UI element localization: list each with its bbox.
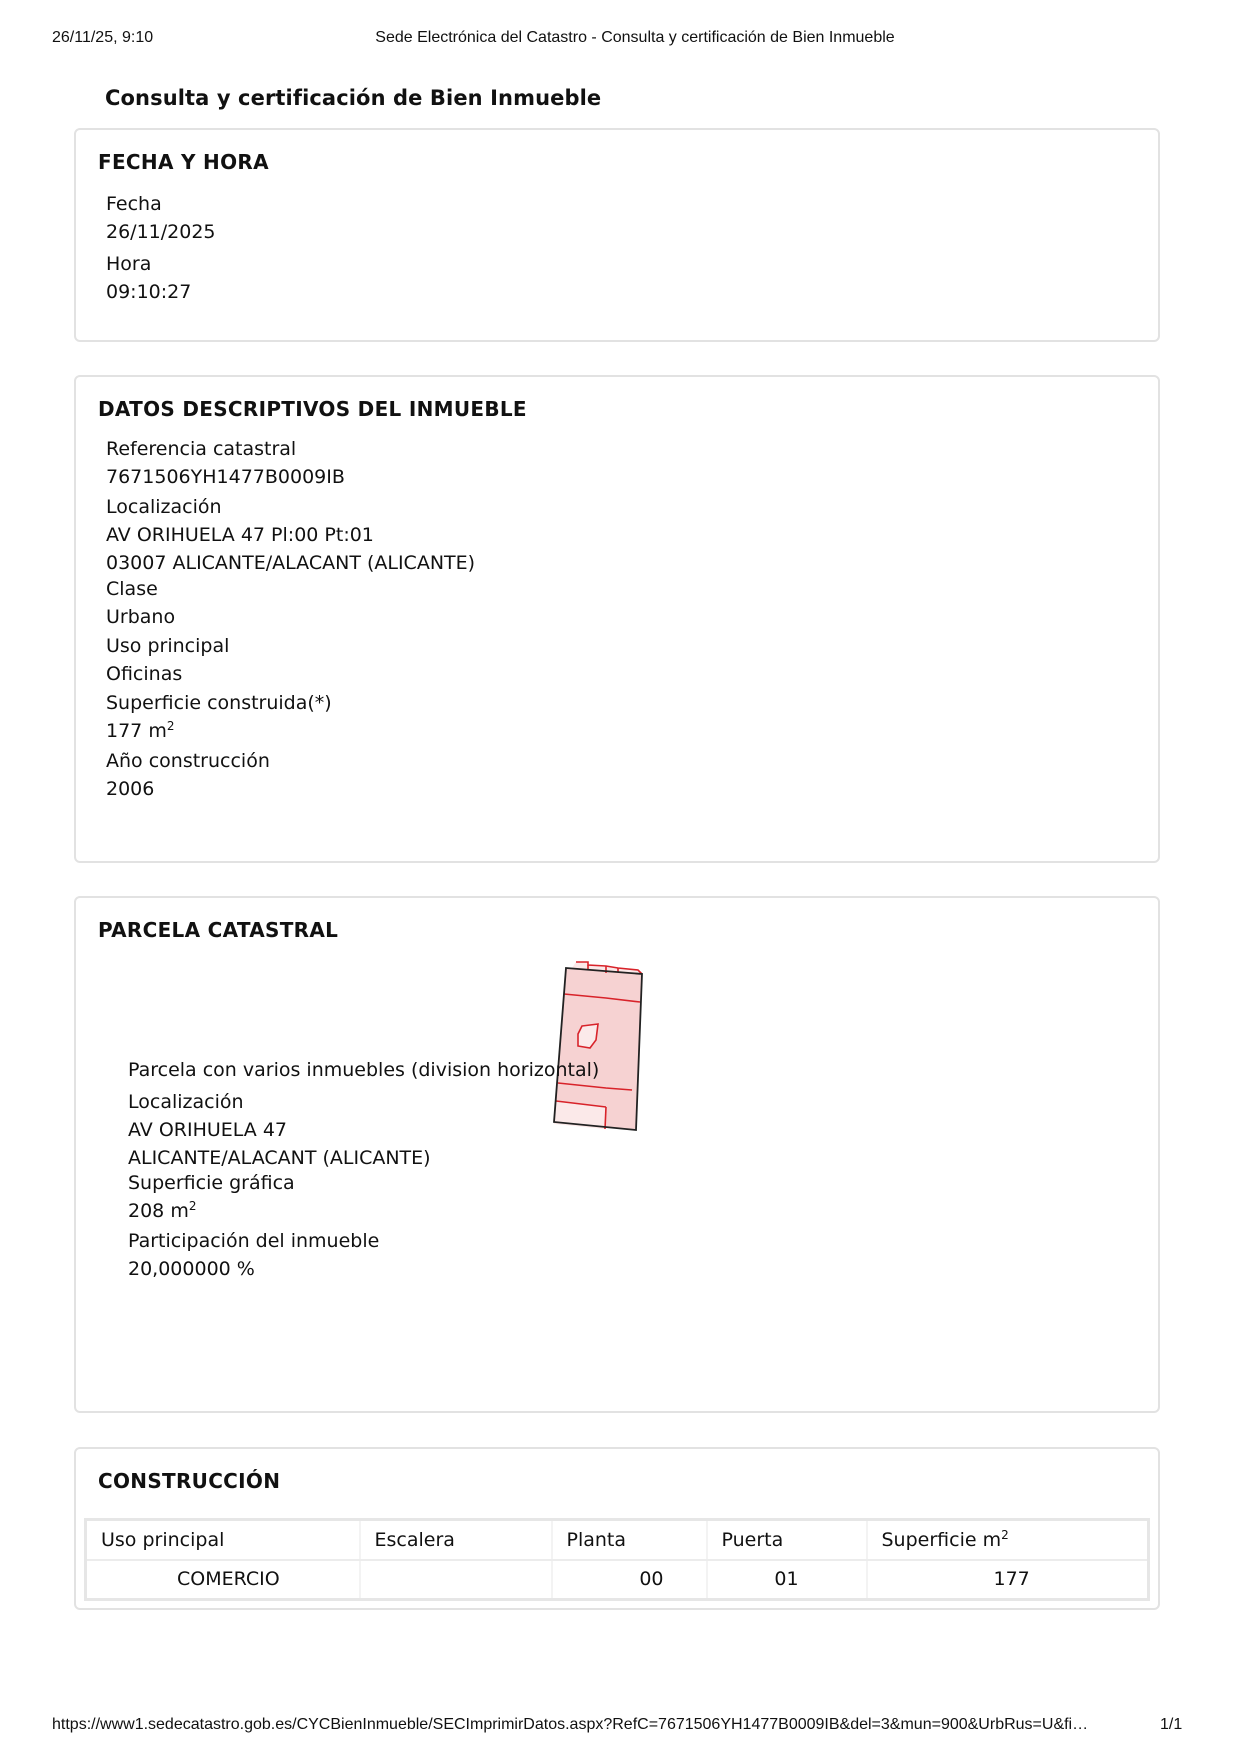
column-header-planta: Planta — [552, 1520, 707, 1560]
field-value-line2: ALICANTE/ALACANT (ALICANTE) — [128, 1144, 431, 1172]
parcela-localizacion-field: Localización AV ORIHUELA 47 ALICANTE/ALA… — [128, 1088, 431, 1172]
column-header-exponent: 2 — [1001, 1528, 1009, 1542]
fecha-hora-card: FECHA Y HORA Fecha 26/11/2025 Hora 09:10… — [74, 128, 1160, 342]
column-header-puerta: Puerta — [707, 1520, 867, 1560]
field-value-line1: AV ORIHUELA 47 — [128, 1116, 431, 1144]
field-label: Superficie construida(*) — [106, 689, 332, 717]
field-value-line2: 03007 ALICANTE/ALACANT (ALICANTE) — [106, 549, 475, 577]
datos-descriptivos-card: DATOS DESCRIPTIVOS DEL INMUEBLE Referenc… — [74, 375, 1160, 863]
parcela-catastral-card: PARCELA CATASTRAL Parcela con varios inm… — [74, 896, 1160, 1413]
superficie-unit: m — [170, 1200, 189, 1222]
field-label: Participación del inmueble — [128, 1227, 379, 1255]
clase-field: Clase Urbano — [106, 575, 175, 631]
construccion-table: Uso principal Escalera Planta Puerta Sup… — [84, 1518, 1150, 1601]
cell-puerta: 01 — [707, 1560, 867, 1600]
field-label: Uso principal — [106, 632, 229, 660]
page-title: Consulta y certificación de Bien Inmuebl… — [105, 86, 601, 110]
parcela-tipo: Parcela con varios inmuebles (division h… — [128, 1056, 599, 1084]
localizacion-field: Localización AV ORIHUELA 47 Pl:00 Pt:01 … — [106, 493, 475, 577]
field-value: 177 m2 — [106, 717, 332, 745]
participacion-field: Participación del inmueble 20,000000 % — [128, 1227, 379, 1283]
field-label: Clase — [106, 575, 175, 603]
field-value: 7671506YH1477B0009IB — [106, 463, 345, 491]
cell-superficie: 177 — [867, 1560, 1149, 1600]
page-number: 1/1 — [1160, 1716, 1182, 1734]
superficie-number: 177 — [106, 720, 142, 742]
field-value: 20,000000 % — [128, 1255, 379, 1283]
referencia-field: Referencia catastral 7671506YH1477B0009I… — [106, 435, 345, 491]
card-title: PARCELA CATASTRAL — [98, 918, 338, 942]
table-row: COMERCIO 00 01 177 — [86, 1560, 1149, 1600]
anio-construccion-field: Año construcción 2006 — [106, 747, 270, 803]
field-value-line1: AV ORIHUELA 47 Pl:00 Pt:01 — [106, 521, 475, 549]
field-value: 208 m2 — [128, 1197, 295, 1225]
construccion-card: CONSTRUCCIÓN Uso principal Escalera Plan… — [74, 1447, 1160, 1610]
superficie-unit: m — [148, 720, 167, 742]
superficie-grafica-field: Superficie gráfica 208 m2 — [128, 1169, 295, 1225]
field-label: Superficie gráfica — [128, 1169, 295, 1197]
card-title: FECHA Y HORA — [98, 150, 269, 174]
field-label: Año construcción — [106, 747, 270, 775]
field-label: Localización — [128, 1088, 431, 1116]
hora-field: Hora 09:10:27 — [106, 250, 191, 306]
superficie-construida-field: Superficie construida(*) 177 m2 — [106, 689, 332, 745]
field-label: Localización — [106, 493, 475, 521]
cell-planta: 00 — [552, 1560, 707, 1600]
field-value: 26/11/2025 — [106, 218, 216, 246]
column-header-superficie: Superficie m2 — [867, 1520, 1149, 1560]
superficie-exponent: 2 — [167, 719, 175, 733]
cell-uso: COMERCIO — [86, 1560, 360, 1600]
field-value: Parcela con varios inmuebles (division h… — [128, 1056, 599, 1084]
table-header-row: Uso principal Escalera Planta Puerta Sup… — [86, 1520, 1149, 1560]
card-title: DATOS DESCRIPTIVOS DEL INMUEBLE — [98, 397, 527, 421]
field-value: Urbano — [106, 603, 175, 631]
print-url: https://www1.sedecatastro.gob.es/CYCBien… — [52, 1716, 1088, 1734]
field-value: Oficinas — [106, 660, 229, 688]
field-label: Fecha — [106, 190, 216, 218]
print-footer: https://www1.sedecatastro.gob.es/CYCBien… — [0, 1716, 1240, 1738]
field-value: 09:10:27 — [106, 278, 191, 306]
print-document-title: Sede Electrónica del Catastro - Consulta… — [0, 29, 1240, 47]
field-label: Hora — [106, 250, 191, 278]
cell-escalera — [360, 1560, 552, 1600]
superficie-exponent: 2 — [189, 1199, 197, 1213]
column-header-escalera: Escalera — [360, 1520, 552, 1560]
field-label: Referencia catastral — [106, 435, 345, 463]
superficie-number: 208 — [128, 1200, 164, 1222]
card-title: CONSTRUCCIÓN — [98, 1469, 280, 1493]
field-value: 2006 — [106, 775, 270, 803]
column-header-text: Superficie m — [882, 1529, 1002, 1551]
column-header-uso: Uso principal — [86, 1520, 360, 1560]
print-header: 26/11/25, 9:10 Sede Electrónica del Cata… — [0, 29, 1240, 51]
uso-principal-field: Uso principal Oficinas — [106, 632, 229, 688]
fecha-field: Fecha 26/11/2025 — [106, 190, 216, 246]
